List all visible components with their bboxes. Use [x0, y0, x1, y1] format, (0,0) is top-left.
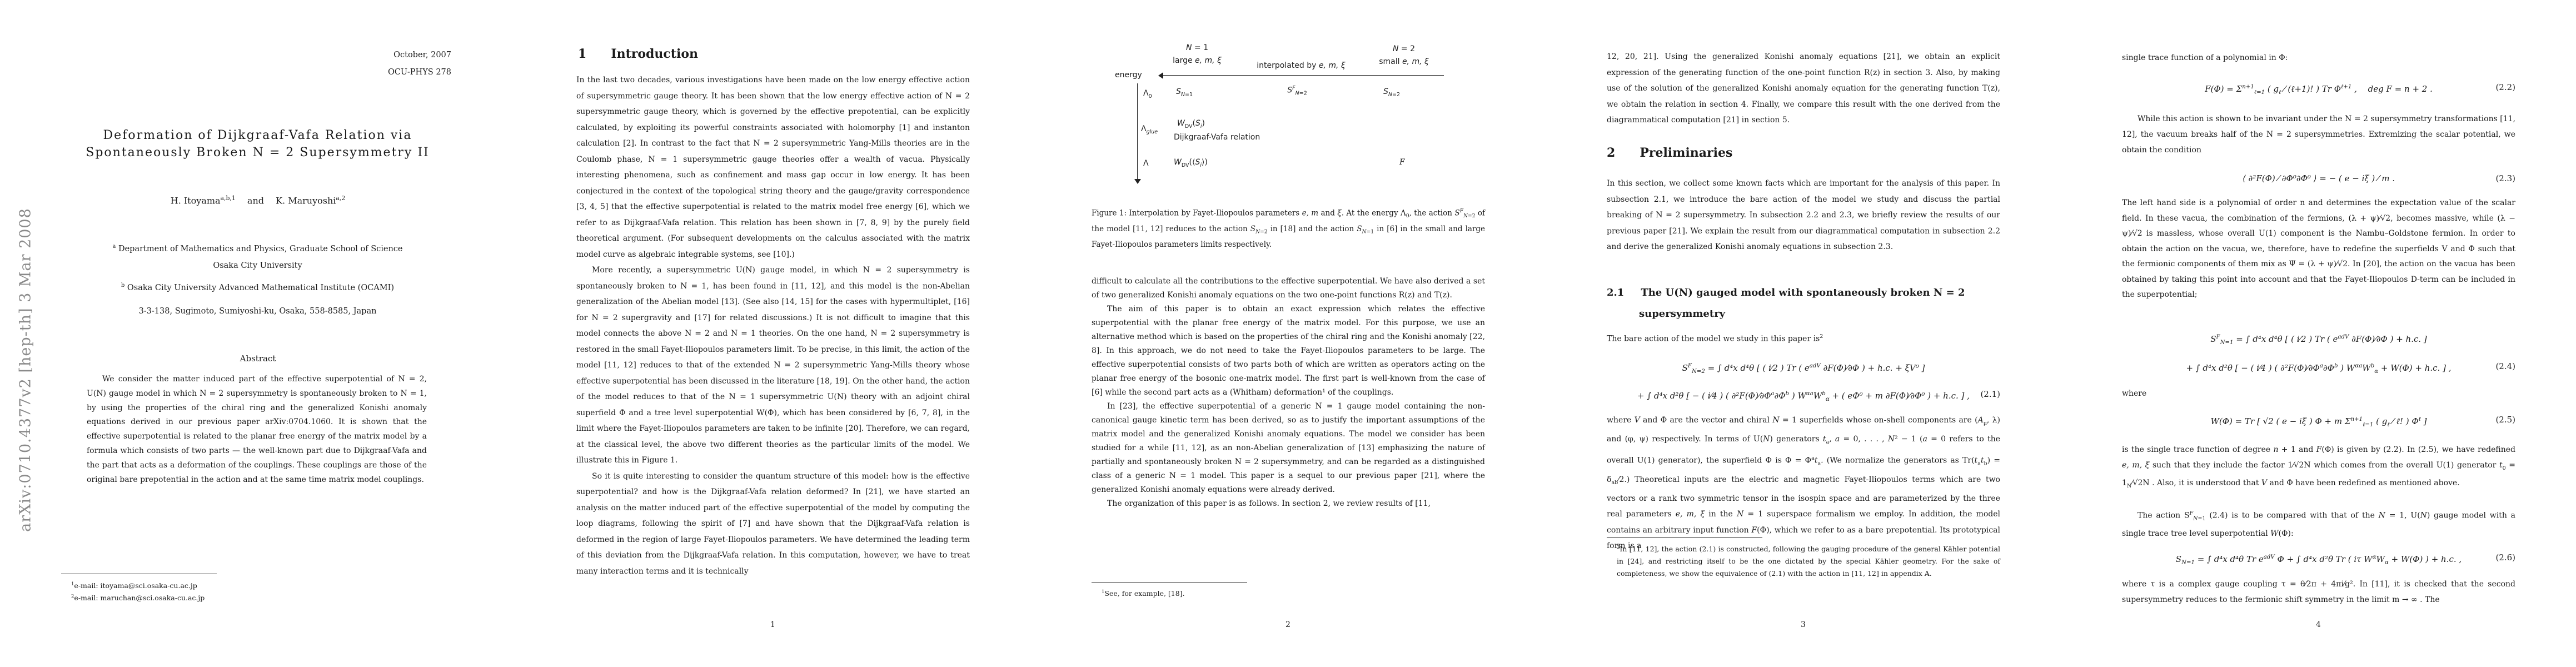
energy-axis-line — [1137, 83, 1138, 180]
figure-label-lambda-glue: Λglue — [1141, 125, 1158, 135]
paper-title-line2: Spontaneously Broken N = 2 Supersymmetry… — [44, 144, 471, 161]
page5-where-label: where — [2122, 386, 2515, 402]
affiliation-a-line2: Osaka City University — [39, 261, 476, 270]
equation-2-4-line2: + ∫ d⁴x d²θ [ − ( i⁄4 ) ( ∂²F(Φ)⁄∂Φa∂Φb … — [2122, 359, 2515, 379]
interpolation-arrow-line — [1162, 75, 1444, 76]
page-3-body: difficult to calculate all the contribut… — [1092, 275, 1485, 511]
figure-label-wdv-vev: WDV(⟨Si⟩) — [1174, 158, 1208, 168]
section-1-heading: 1Introduction — [578, 47, 698, 61]
section-2-intro: In this section, we collect some known f… — [1607, 176, 2000, 255]
equation-2-2: F(Φ) = Σn+1ℓ=1 ( gℓ ⁄ (ℓ+1)! ) Tr Φℓ+1 ,… — [2122, 80, 2515, 100]
equation-2-5-body: W(Φ) = Tr [ √2 ( e − iξ ) Φ + m Σn+1ℓ=1 … — [2210, 416, 2426, 426]
figure-label-interpolated: interpolated by e, m, ξ — [1240, 61, 1362, 70]
footnote-rule — [61, 574, 217, 574]
subsection-2-1-heading: 2.1The U(N) gauged model with spontaneou… — [1607, 282, 2007, 325]
interpolation-arrow-head-icon — [1158, 72, 1163, 79]
equation-2-6-body: SN=1 = ∫ d⁴x d⁴θ Tr eadV Φ + ∫ d⁴x d²θ T… — [2176, 554, 2462, 564]
page-4-preliminaries: 12, 20, 21]. Using the generalized Konis… — [1546, 0, 2061, 667]
equation-2-3: ⟨ ∂²F(Φ) ⁄ ∂Φ⁰∂Φ⁰ ⟩ = − ( e − iξ ) ⁄ m .… — [2122, 171, 2515, 186]
equation-2-4-line1: SFN=1 = ∫ d⁴x d⁴θ [ ( i⁄2 ) Tr ( eadV ∂F… — [2122, 330, 2515, 350]
equation-2-2-number: (2.2) — [2495, 80, 2515, 94]
footnote-2: 2In [11, 12], the action (2.1) is constr… — [1617, 541, 2000, 580]
page-1-title: arXiv:0710.4377v2 [hep-th] 3 Mar 2008 Oc… — [0, 0, 515, 667]
intro-paragraph-2: More recently, a supersymmetric U(N) gau… — [576, 262, 970, 469]
page3-paragraph-2: The aim of this paper is to obtain an ex… — [1092, 302, 1485, 400]
subsection-2-1-number: 2.1 — [1607, 287, 1624, 298]
figure-label-small-params: small e, m, ξ — [1365, 57, 1443, 66]
report-number: OCU-PHYS 278 — [256, 64, 451, 81]
subsection-2-1-title-line1: The U(N) gauged model with spontaneously… — [1641, 287, 1965, 298]
page4-paragraph-3: where V and Φ are the vector and chiral … — [1607, 412, 2000, 554]
equation-2-6: SN=1 = ∫ d⁴x d⁴θ Tr eadV Φ + ∫ d⁴x d²θ T… — [2122, 550, 2515, 570]
section-1-number: 1 — [578, 47, 586, 61]
figure-label-lambda: Λ — [1143, 159, 1149, 168]
equation-2-1-line1: SFN=2 = ∫ d⁴x d⁴θ [ ( i⁄2 ) Tr ( eadV ∂F… — [1607, 359, 2000, 379]
equation-2-1-number: (2.1) — [1980, 387, 2000, 401]
page-number: 2 — [1030, 620, 1546, 629]
figure-label-s-n1: SN=1 — [1176, 87, 1193, 98]
paper-title-line1: Deformation of Dijkgraaf-Vafa Relation v… — [44, 127, 471, 144]
document-canvas: arXiv:0710.4377v2 [hep-th] 3 Mar 2008 Oc… — [0, 0, 2576, 667]
section-2-number: 2 — [1607, 146, 1615, 160]
page5-paragraph-2: The left hand side is a polynomial of or… — [2122, 196, 2515, 303]
equation-2-3-body: ⟨ ∂²F(Φ) ⁄ ∂Φ⁰∂Φ⁰ ⟩ = − ( e − iξ ) ⁄ m . — [2243, 173, 2395, 183]
energy-axis-arrow-head-icon — [1134, 179, 1141, 184]
equation-2-2-body: F(Φ) = Σn+1ℓ=1 ( gℓ ⁄ (ℓ+1)! ) Tr Φℓ+1 ,… — [2205, 84, 2433, 94]
page-number: 4 — [2061, 620, 2576, 629]
affiliation-address: 3-3-138, Sugimoto, Sumiyoshi-ku, Osaka, … — [39, 307, 476, 316]
page4-paragraph-1: In this section, we collect some known f… — [1607, 176, 2000, 255]
abstract-body: We consider the matter induced part of t… — [87, 372, 427, 487]
footnote-email-2: 2e-mail: maruchan@sci.osaka-cu.ac.jp — [71, 590, 455, 604]
header-date: October, 2007 — [256, 47, 451, 64]
figure-label-energy: energy — [1115, 71, 1142, 79]
page5-paragraph-0: single trace function of a polynomial in… — [2122, 50, 2515, 66]
page-2-introduction: 1Introduction In the last two decades, v… — [515, 0, 1030, 667]
equation-2-1-line2: + ∫ d⁴x d²θ [ − ( i⁄4 ) ( ∂²F(Φ)⁄∂Φa∂Φb … — [1607, 387, 2000, 407]
subsection-2-1-title-line2: supersymmetry — [1607, 303, 2007, 325]
figure-label-large-params: large e, m, ξ — [1158, 56, 1236, 65]
abstract-heading: Abstract — [61, 354, 455, 364]
page3-paragraph-3: In [23], the effective superpotential of… — [1092, 400, 1485, 497]
figure-label-dv-relation: Dijkgraaf-Vafa relation — [1174, 133, 1260, 142]
figure-label-n1: N = 1 — [1158, 43, 1236, 52]
header-date-report: October, 2007 OCU-PHYS 278 — [256, 47, 451, 81]
figure-1-caption: Figure 1: Interpolation by Fayet-Iliopou… — [1092, 205, 1485, 251]
figure-label-s-f-n2: SFN=2 — [1269, 85, 1325, 96]
page-number: 1 — [515, 620, 1030, 629]
equation-2-4-line2-body: + ∫ d⁴x d²θ [ − ( i⁄4 ) ( ∂²F(Φ)⁄∂Φa∂Φb … — [2186, 363, 2451, 373]
intro-paragraph-3: So it is quite interesting to consider t… — [576, 469, 970, 580]
section-2-heading: 2Preliminaries — [1607, 146, 1732, 160]
page4-paragraph-2: The bare action of the model we study in… — [1607, 329, 2000, 347]
page5-paragraph-4: The action SFN=1 (2.4) is to be compared… — [2122, 506, 2515, 541]
affiliation-b: b Osaka City University Advanced Mathema… — [39, 282, 476, 292]
footnote-rule — [1092, 583, 1247, 583]
page-number: 3 — [1546, 620, 2061, 629]
figure-label-wdv: WDV(Si) — [1177, 119, 1205, 130]
footnote-1: 1See, for example, [18]. — [1102, 586, 1485, 600]
affiliation-a-line1: a Department of Mathematics and Physics,… — [39, 243, 476, 253]
equation-2-4-number: (2.4) — [2495, 359, 2515, 374]
equation-2-6-number: (2.6) — [2495, 550, 2515, 565]
page-3-figure: N = 1 large e, m, ξ interpolated by e, m… — [1030, 0, 1546, 667]
arxiv-sidebar-stamp: arXiv:0710.4377v2 [hep-th] 3 Mar 2008 — [17, 159, 34, 581]
intro-paragraph-1: In the last two decades, various investi… — [576, 72, 970, 262]
figure-label-s-n2: SN=2 — [1383, 87, 1400, 98]
introduction-body: In the last two decades, various investi… — [576, 72, 970, 579]
figure-label-lambda0: Λ0 — [1143, 89, 1152, 99]
equation-2-1-line2-body: + ∫ d⁴x d²θ [ − ( i⁄4 ) ( ∂²F(Φ)⁄∂Φa∂Φb … — [1637, 391, 1970, 401]
page4-paragraph-0: 12, 20, 21]. Using the generalized Konis… — [1607, 49, 2000, 128]
equation-2-5: W(Φ) = Tr [ √2 ( e − iξ ) Φ + m Σn+1ℓ=1 … — [2122, 412, 2515, 432]
equation-2-5-number: (2.5) — [2495, 412, 2515, 427]
figure-label-free-energy: F — [1399, 158, 1405, 167]
section-1-title: Introduction — [611, 47, 698, 61]
page5-paragraph-5: where τ is a complex gauge coupling τ = … — [2122, 577, 2515, 608]
authors-line: H. Itoyamaa,b,1 and K. Maruyoshia,2 — [61, 195, 455, 206]
page3-paragraph-1: difficult to calculate all the contribut… — [1092, 275, 1485, 302]
page3-paragraph-4: The organization of this paper is as fol… — [1092, 497, 1485, 511]
page5-paragraph-1: While this action is shown to be invaria… — [2122, 111, 2515, 158]
footnote-rule — [1607, 537, 1762, 537]
page-5-equations: single trace function of a polynomial in… — [2061, 0, 2576, 667]
paper-title: Deformation of Dijkgraaf-Vafa Relation v… — [44, 127, 471, 161]
equation-2-3-number: (2.3) — [2495, 171, 2515, 186]
section-2-title: Preliminaries — [1640, 146, 1732, 160]
page4-continuation: 12, 20, 21]. Using the generalized Konis… — [1607, 49, 2000, 128]
page5-paragraph-3: is the single trace function of degree n… — [2122, 442, 2515, 494]
figure-label-n2: N = 2 — [1365, 44, 1443, 53]
